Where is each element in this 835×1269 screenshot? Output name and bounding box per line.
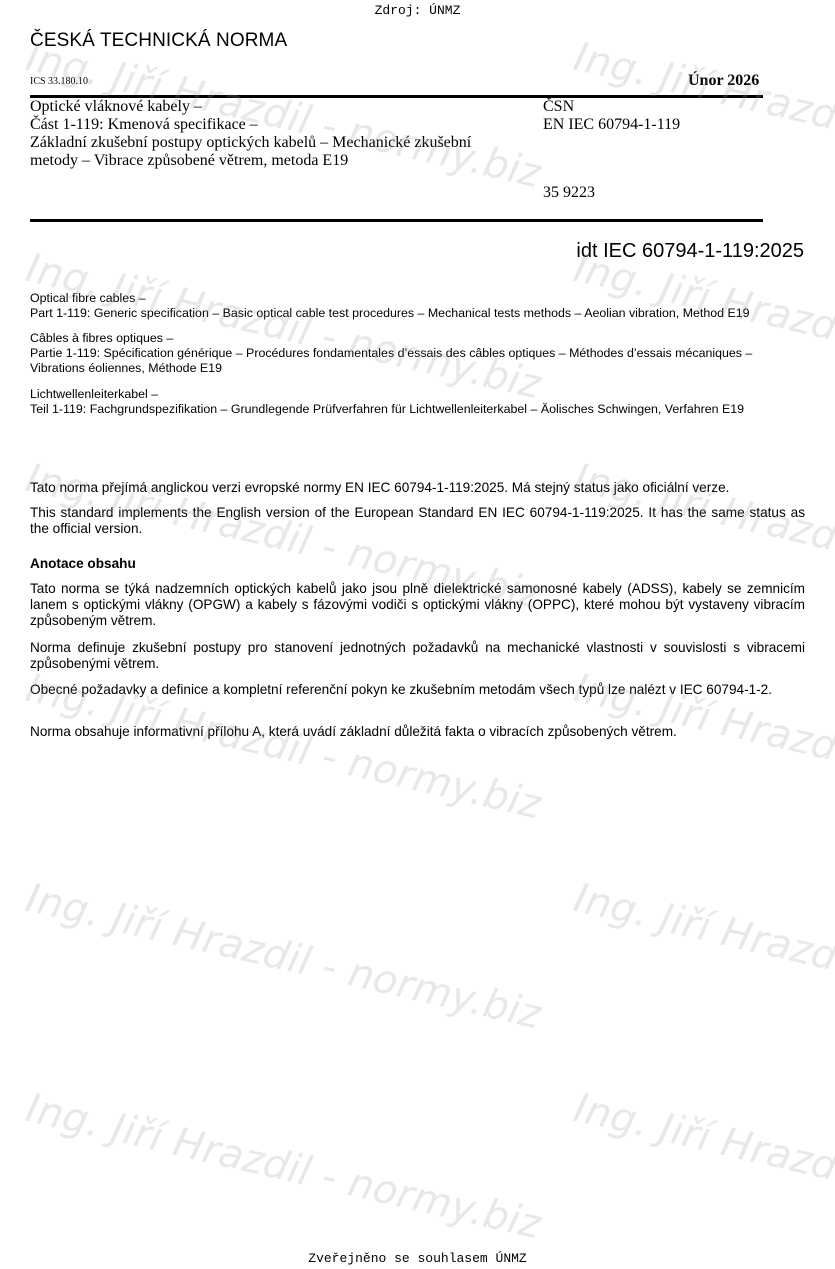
annotation-paragraph: Norma definuje zkušební postupy pro stan…: [30, 640, 805, 672]
title-german-line1: Lichtwellenleiterkabel –: [30, 387, 806, 402]
publication-date: Únor 2026: [688, 72, 759, 90]
standard-designation: ČSN EN IEC 60794-1-119: [543, 98, 680, 134]
identity-reference: idt IEC 60794-1-119:2025: [576, 240, 804, 263]
watermark: Ing. Jiří Hrazdil - normy.biz: [570, 245, 835, 408]
designation-number: EN IEC 60794-1-119: [543, 116, 680, 134]
classification-code: 35 9223: [543, 184, 595, 202]
title-english: Optical fibre cables – Part 1-119: Gener…: [30, 291, 806, 321]
title-line: Základní zkušební postupy optických kabe…: [30, 134, 535, 152]
title-line: Část 1-119: Kmenová specifikace –: [30, 116, 535, 134]
watermark: Ing. Jiří Hrazdil - normy.biz: [22, 1085, 546, 1248]
annotation-paragraph: Tato norma se týká nadzemních optických …: [30, 581, 805, 629]
designation-prefix: ČSN: [543, 98, 680, 116]
divider-bottom: [30, 219, 763, 222]
title-line: metody – Vibrace způsobené větrem, metod…: [30, 152, 535, 170]
watermark: Ing. Jiří Hrazdil - normy.biz: [22, 875, 546, 1038]
title-french-line2: Partie 1-119: Spécification générique – …: [30, 346, 806, 376]
adoption-note-english: This standard implements the English ver…: [30, 505, 805, 537]
footer-note: Zveřejněno se souhlasem ÚNMZ: [0, 1251, 835, 1266]
title-line: Optické vláknové kabely –: [30, 98, 535, 116]
title-french-line1: Câbles à fibres optiques –: [30, 331, 806, 346]
title-french: Câbles à fibres optiques – Partie 1-119:…: [30, 331, 806, 376]
source-note: Zdroj: ÚNMZ: [0, 3, 835, 18]
watermark: Ing. Jiří Hrazdil - normy.biz: [570, 1085, 835, 1248]
annotation-paragraph: Norma obsahuje informativní přílohu A, k…: [30, 724, 805, 740]
watermark: Ing. Jiří Hrazdil - normy.biz: [22, 245, 546, 408]
ics-code: ICS 33.180.10: [30, 76, 88, 87]
title-english-line1: Optical fibre cables –: [30, 291, 806, 306]
title-german: Lichtwellenleiterkabel – Teil 1-119: Fac…: [30, 387, 806, 417]
title-german-line2: Teil 1-119: Fachgrundspezifikation – Gru…: [30, 402, 806, 417]
watermark: Ing. Jiří Hrazdil - normy.biz: [570, 875, 835, 1038]
czech-title: Optické vláknové kabely – Část 1-119: Km…: [30, 98, 535, 170]
annotation-paragraph: Obecné požadavky a definice a kompletní …: [30, 682, 805, 698]
adoption-note-czech: Tato norma přejímá anglickou verzi evrop…: [30, 480, 805, 496]
document-type: ČESKÁ TECHNICKÁ NORMA: [30, 30, 287, 52]
annotation-heading: Anotace obsahu: [30, 556, 136, 571]
title-english-line2: Part 1-119: Generic specification – Basi…: [30, 306, 806, 321]
